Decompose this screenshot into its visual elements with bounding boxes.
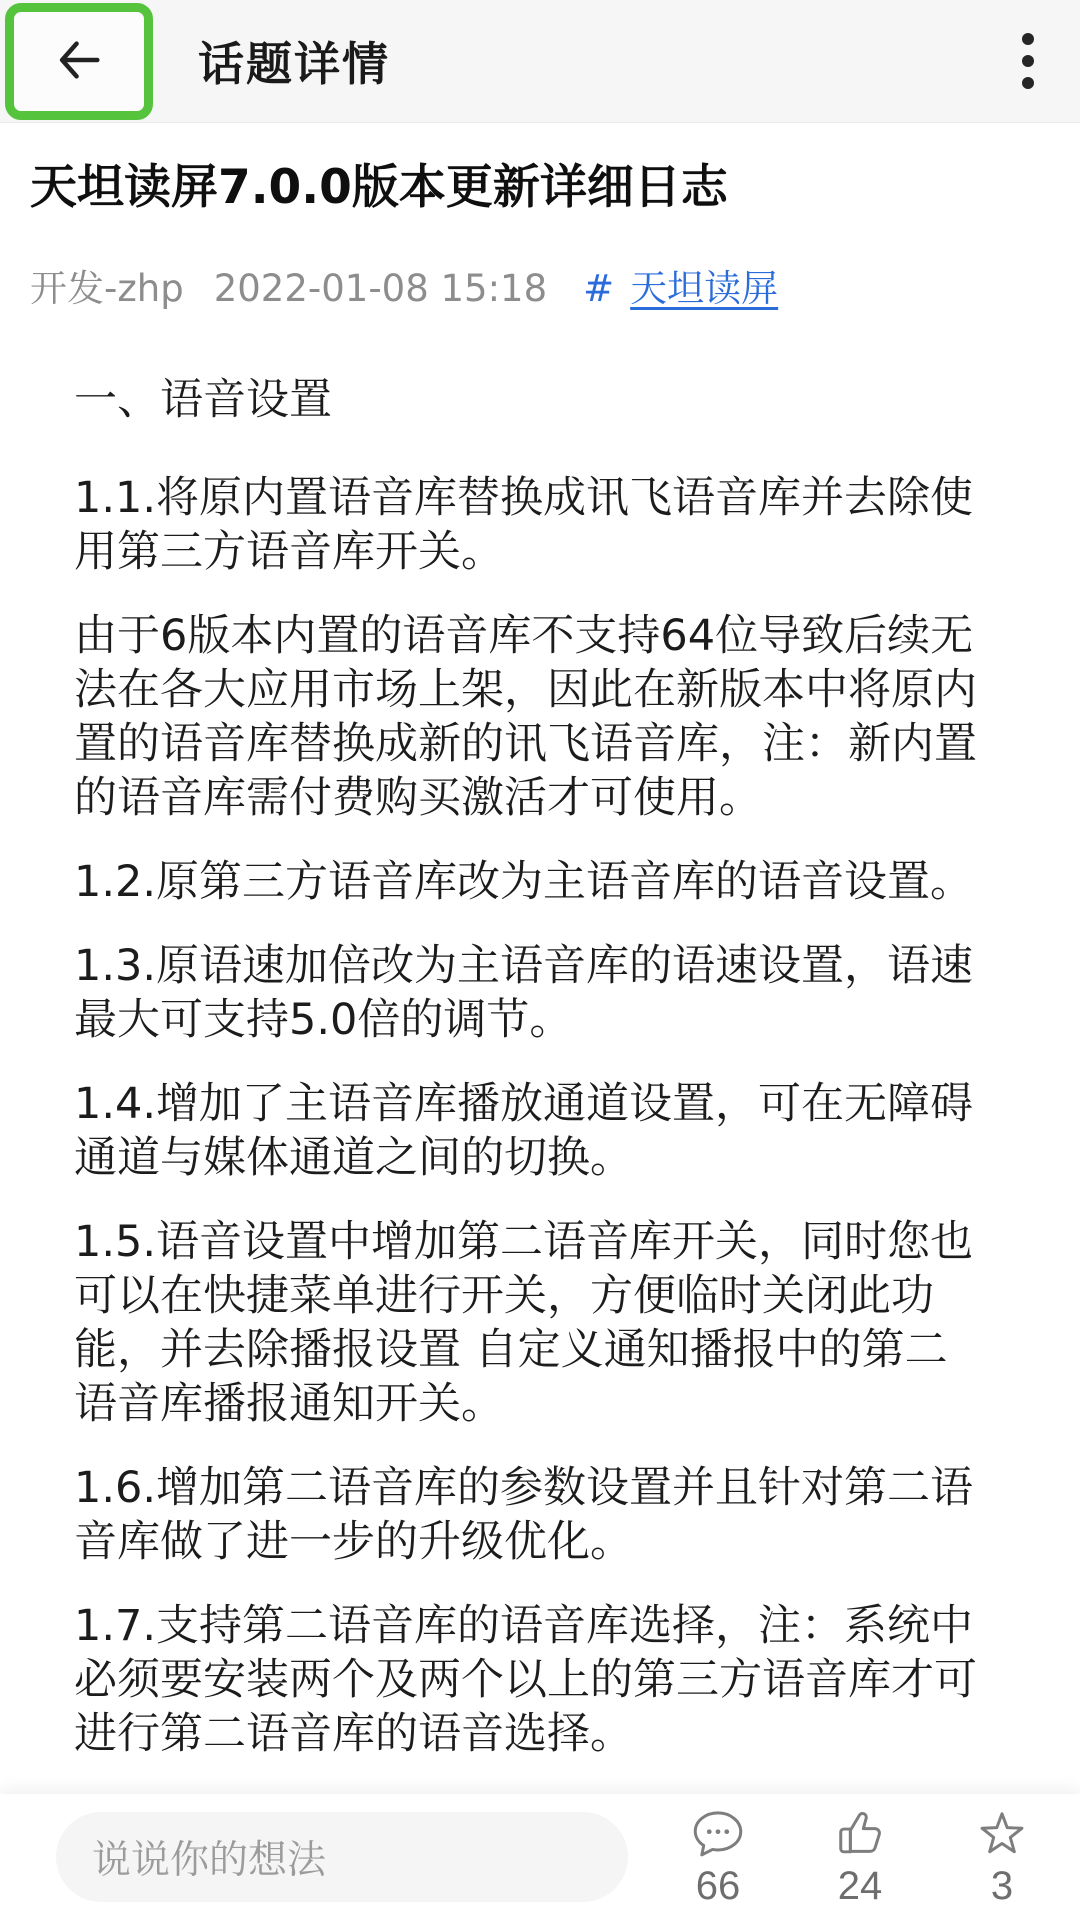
author-name: 开发-zhp [30,267,184,311]
paragraph-1-5: 1.5.语音设置中增加第二语音库开关，同时您也 可以在快捷菜单进行开关，方便临时… [74,1215,1010,1431]
post-meta: 开发-zhp 2022-01-08 15:18 # 天坦读屏 [30,267,1040,311]
paragraph-1-4: 1.4.增加了主语音库播放通道设置，可在无障碍 通道与媒体通道之间的切换。 [74,1077,1010,1185]
paragraph-1-1: 1.1.将原内置语音库替换成讯飞语音库并去除使 用第三方语音库开关。 [74,471,1010,579]
overflow-menu-button[interactable] [1010,21,1046,101]
arrow-left-icon [52,33,106,90]
action-buttons: 66 24 3 [670,1805,1050,1909]
app-bar: 话题详情 [0,0,1080,123]
hash-icon: # [583,267,614,311]
topic-tag-link[interactable]: 天坦读屏 [630,267,778,311]
paragraph-note: 由于6版本内置的语音库不支持64位导致后续无 法在各大应用市场上架，因此在新版本… [74,609,1010,825]
favorites-count: 3 [991,1863,1013,1909]
favorite-action[interactable]: 3 [954,1805,1050,1909]
likes-count: 24 [838,1863,883,1909]
kebab-menu-icon [1022,33,1034,45]
paragraph-1-7: 1.7.支持第二语音库的语音库选择，注：系统中 必须要安装两个及两个以上的第三方… [74,1599,1010,1761]
paragraph-1-2: 1.2.原第三方语音库改为主语音库的语音设置。 [74,855,1010,909]
comment-bar: 说说你的想法 66 24 [0,1794,1080,1920]
timestamp: 2022-01-08 15:18 [214,267,547,311]
section-heading: 一、语音设置 [74,373,1010,427]
topic-detail-content: 天坦读屏7.0.0版本更新详细日志 开发-zhp 2022-01-08 15:1… [0,123,1080,1803]
post-title: 天坦读屏7.0.0版本更新详细日志 [30,157,1040,219]
like-action[interactable]: 24 [812,1805,908,1909]
comment-bubble-icon [690,1805,746,1861]
post-header: 天坦读屏7.0.0版本更新详细日志 开发-zhp 2022-01-08 15:1… [0,123,1080,311]
post-body: 一、语音设置 1.1.将原内置语音库替换成讯飞语音库并去除使 用第三方语音库开关… [0,311,1080,1803]
back-button[interactable] [14,12,144,111]
paragraph-1-3: 1.3.原语速加倍改为主语音库的语速设置，语速 最大可支持5.0倍的调节。 [74,939,1010,1047]
star-icon [974,1805,1030,1861]
thumbs-up-icon [832,1805,888,1861]
comment-input[interactable]: 说说你的想法 [56,1812,628,1902]
comments-count: 66 [696,1863,741,1909]
back-button-focus-ring [5,3,153,120]
page-title: 话题详情 [198,28,390,94]
paragraph-1-6: 1.6.增加第二语音库的参数设置并且针对第二语 音库做了进一步的升级优化。 [74,1461,1010,1569]
comments-action[interactable]: 66 [670,1805,766,1909]
comment-input-placeholder: 说说你的想法 [92,1829,326,1885]
